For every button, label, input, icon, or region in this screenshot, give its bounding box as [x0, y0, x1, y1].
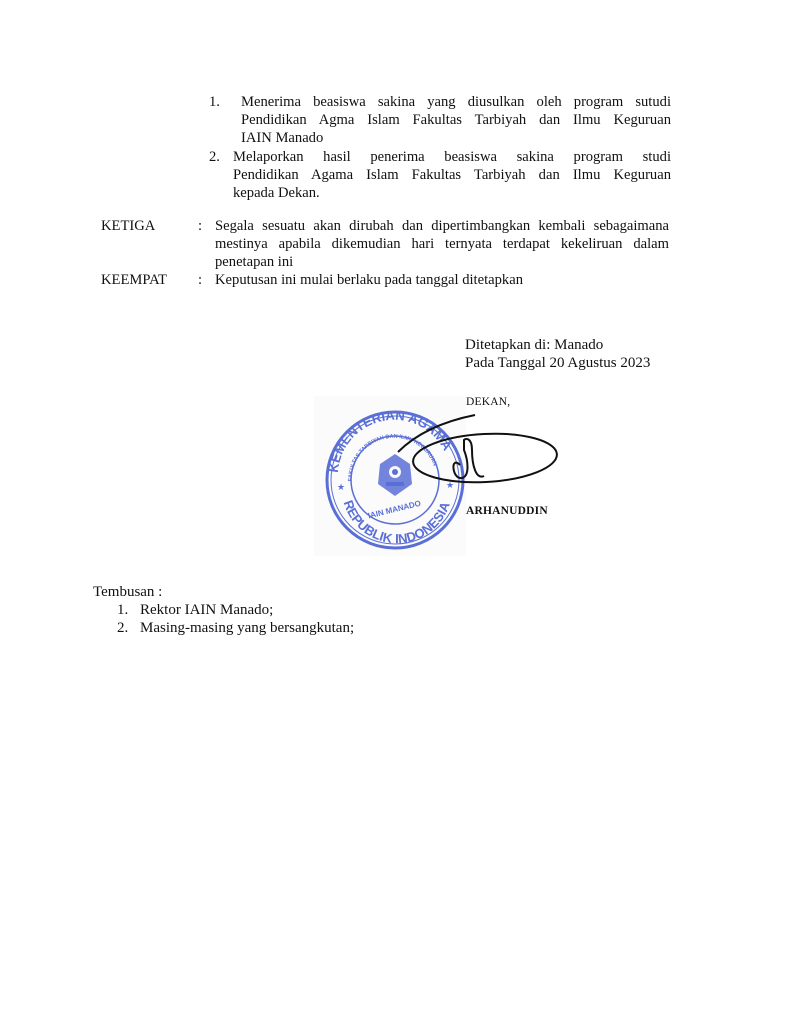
signature-icon — [380, 410, 560, 500]
signatory-title: DEKAN, — [466, 393, 510, 411]
svg-text:★: ★ — [337, 482, 345, 492]
list-number: 1. — [209, 93, 220, 111]
cc-item: Masing-masing yang bersangkutan; — [140, 619, 354, 637]
cc-heading: Tembusan : — [93, 583, 162, 601]
clause-label: KEEMPAT — [101, 271, 167, 289]
signature-place: Ditetapkan di: Manado — [465, 336, 603, 354]
list-number: 2. — [209, 148, 220, 166]
list-item-line: Pendidikan Agama Islam Fakultas Tarbiyah… — [233, 166, 671, 184]
cc-number: 2. — [117, 619, 128, 637]
list-item-line: Melaporkan hasil penerima beasiswa sakin… — [233, 148, 671, 166]
signatory-name: ARHANUDDIN — [466, 502, 548, 520]
clause-text-line: penetapan ini — [215, 253, 293, 271]
cc-item: Rektor IAIN Manado; — [140, 601, 273, 619]
clause-colon: : — [198, 271, 202, 289]
clause-label: KETIGA — [101, 217, 155, 235]
clause-text-line: mestinya apabila dikemudian hari ternyat… — [215, 235, 669, 253]
cc-number: 1. — [117, 601, 128, 619]
list-item-line: kepada Dekan. — [233, 184, 320, 202]
clause-text-line: Keputusan ini mulai berlaku pada tanggal… — [215, 271, 523, 289]
list-item-line: IAIN Manado — [241, 129, 323, 147]
clause-colon: : — [198, 217, 202, 235]
clause-text-line: Segala sesuatu akan dirubah dan dipertim… — [215, 217, 669, 235]
list-item-line: Pendidikan Agma Islam Fakultas Tarbiyah … — [241, 111, 671, 129]
signature-date: Pada Tanggal 20 Agustus 2023 — [465, 354, 650, 372]
list-item-line: Menerima beasiswa sakina yang diusulkan … — [241, 93, 671, 111]
